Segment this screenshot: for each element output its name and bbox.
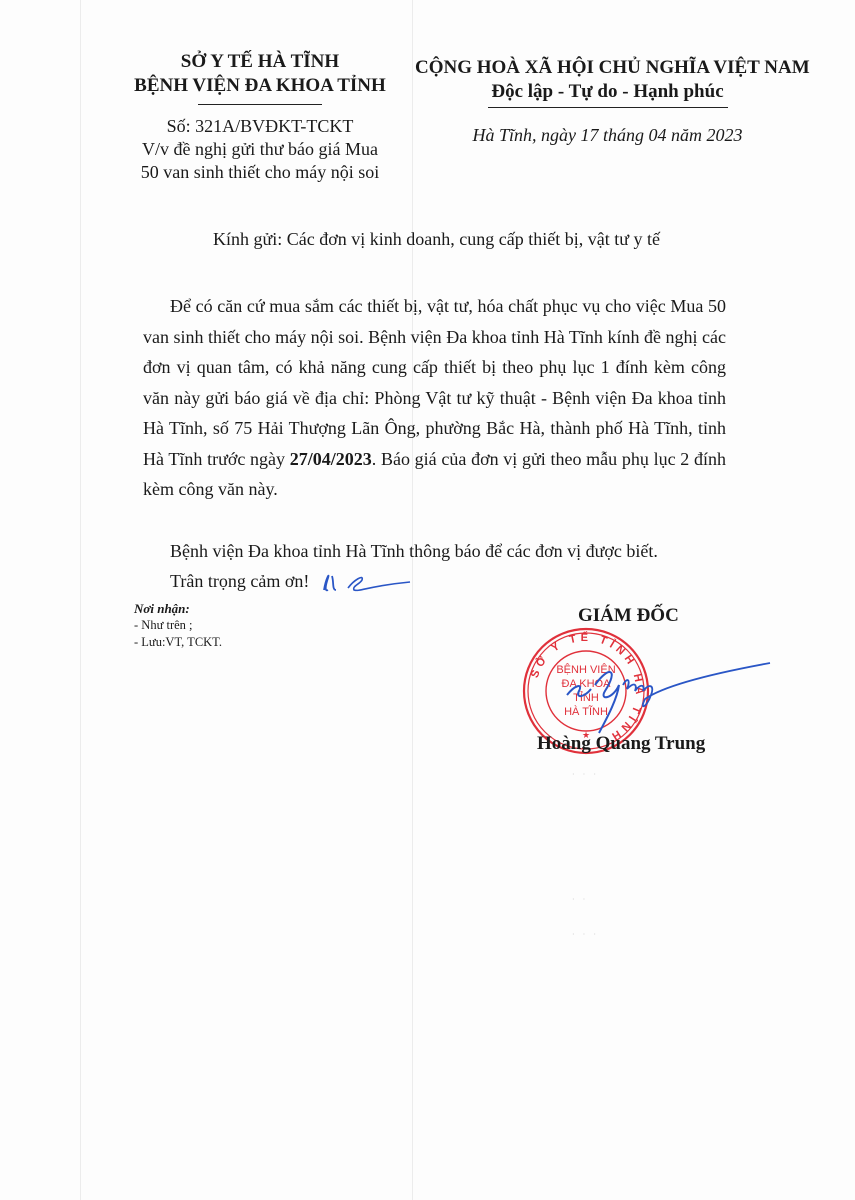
recipient-line: Kính gửi: Các đơn vị kinh doanh, cung cấ… bbox=[213, 229, 660, 250]
closing-text: Trân trọng cảm ơn! bbox=[170, 571, 309, 591]
body-paragraph: Để có căn cứ mua sắm các thiết bị, vật t… bbox=[143, 291, 726, 505]
director-signature bbox=[565, 655, 775, 740]
recipients-title: Nơi nhận: bbox=[134, 600, 222, 617]
nation-title: CỘNG HOÀ XÃ HỘI CHỦ NGHĨA VIỆT NAM bbox=[415, 56, 800, 80]
letter-body: Để có căn cứ mua sắm các thiết bị, vật t… bbox=[143, 291, 726, 505]
page-fold-line bbox=[80, 0, 81, 1200]
document-number: Số: 321A/BVĐKT-TCKT bbox=[100, 115, 420, 138]
place-date: Hà Tĩnh, ngày 17 tháng 04 năm 2023 bbox=[415, 125, 800, 146]
scan-artifact: · · · bbox=[572, 930, 599, 939]
scan-artifact: · · · bbox=[572, 770, 599, 779]
header-divider bbox=[198, 104, 322, 105]
issuer-header: SỞ Y TẾ HÀ TĨNH BỆNH VIỆN ĐA KHOA TỈNH S… bbox=[100, 50, 420, 184]
subject-line: V/v đề nghị gửi thư báo giá Mua bbox=[100, 138, 420, 161]
motto-underline bbox=[488, 107, 728, 108]
signer-title: GIÁM ĐỐC bbox=[578, 605, 679, 627]
closing-line: Trân trọng cảm ơn! bbox=[170, 566, 658, 598]
initials-signature-icon bbox=[318, 568, 413, 598]
agency-name: SỞ Y TẾ HÀ TĨNH bbox=[100, 50, 420, 74]
notice-paragraph: Bệnh viện Đa khoa tỉnh Hà Tĩnh thông báo… bbox=[170, 536, 658, 566]
closing-block: Bệnh viện Đa khoa tỉnh Hà Tĩnh thông báo… bbox=[170, 536, 658, 598]
hospital-name: BỆNH VIỆN ĐA KHOA TỈNH bbox=[100, 74, 420, 98]
national-header: CỘNG HOÀ XÃ HỘI CHỦ NGHĨA VIỆT NAM Độc l… bbox=[415, 56, 800, 146]
national-motto: Độc lập - Tự do - Hạnh phúc bbox=[415, 80, 800, 104]
scan-artifact: · · bbox=[572, 895, 588, 904]
handwritten-signature-icon bbox=[565, 655, 775, 735]
subject-line: 50 van sinh thiết cho máy nội soi bbox=[100, 161, 420, 184]
recipients-list: Nơi nhận: - Như trên ; - Lưu:VT, TCKT. bbox=[134, 600, 222, 651]
body-text: Để có căn cứ mua sắm các thiết bị, vật t… bbox=[143, 296, 726, 469]
recipient-item: - Lưu:VT, TCKT. bbox=[134, 634, 222, 651]
signer-name: Hoàng Quang Trung bbox=[537, 733, 705, 755]
deadline-date: 27/04/2023 bbox=[290, 449, 372, 469]
recipient-item: - Như trên ; bbox=[134, 617, 222, 634]
